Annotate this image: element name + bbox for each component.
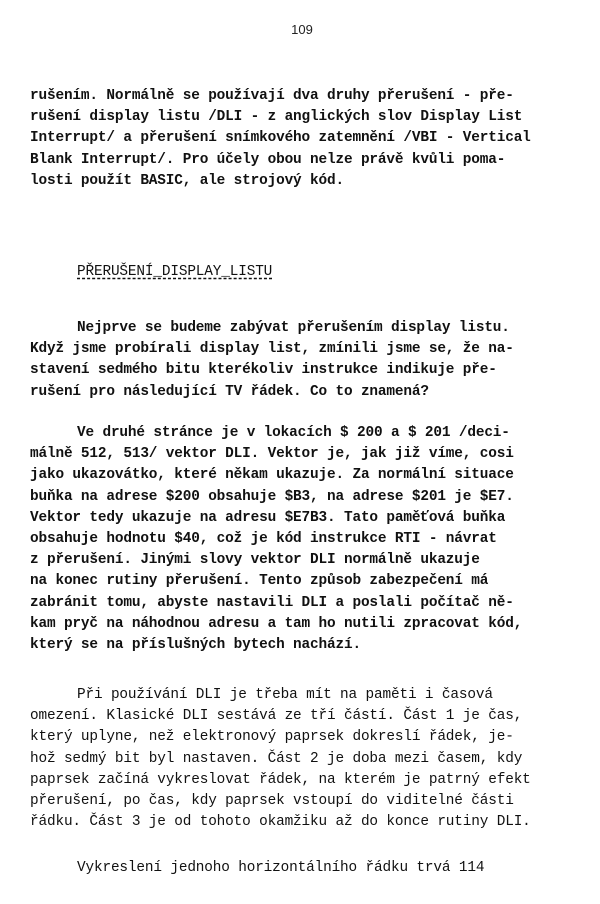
text-line: rušení display listu /DLI - z anglických… [30, 107, 590, 128]
text-line: málně 512, 513/ vektor DLI. Vektor je, j… [30, 444, 590, 465]
text-line: Blank Interrupt/. Pro účely obou nelze p… [30, 150, 590, 171]
text-line: Při používání DLI je třeba mít na paměti… [30, 685, 590, 706]
text-line: přerušení, po čas, kdy paprsek vstoupí d… [30, 791, 590, 812]
paragraph-4: Vykreslení jednoho horizontálního řádku … [30, 858, 590, 879]
page-number: 109 [0, 22, 600, 37]
text-line: Vektor tedy ukazuje na adresu $E7B3. Tat… [30, 508, 590, 529]
text-line: Když jsme probírali display list, zmínil… [30, 339, 590, 360]
text-line: omezení. Klasické DLI sestává ze tří čás… [30, 706, 590, 727]
text-line: rušení pro následující TV řádek. Co to z… [30, 382, 590, 403]
text-line: na konec rutiny přerušení. Tento způsob … [30, 571, 590, 592]
text-line: který uplyne, než elektronový paprsek do… [30, 727, 590, 748]
paragraph-3: Při používání DLI je třeba mít na paměti… [30, 685, 590, 833]
text-line: zabránit tomu, abyste nastavili DLI a po… [30, 593, 590, 614]
section-heading: PŘERUŠENÍ_DISPLAY_LISTU [77, 264, 272, 280]
paragraph-2: Ve druhé stránce je v lokacích $ 200 a $… [30, 423, 590, 656]
text-line: Nejprve se budeme zabývat přerušením dis… [30, 318, 590, 339]
text-line: kam pryč na náhodnou adresu a tam ho nut… [30, 614, 590, 635]
text-line: buňka na adrese $200 obsahuje $B3, na ad… [30, 487, 590, 508]
text-line: Vykreslení jednoho horizontálního řádku … [30, 858, 590, 879]
text-line: rušením. Normálně se používají dva druhy… [30, 86, 590, 107]
text-line: z přerušení. Jinými slovy vektor DLI nor… [30, 550, 590, 571]
text-line: paprsek začíná vykreslovat řádek, na kte… [30, 770, 590, 791]
text-line: hož sedmý bit byl nastaven. Část 2 je do… [30, 749, 590, 770]
text-line: obsahuje hodnotu $40, což je kód instruk… [30, 529, 590, 550]
text-line: stavení sedmého bitu kterékoliv instrukc… [30, 360, 590, 381]
text-line: losti použít BASIC, ale strojový kód. [30, 171, 590, 192]
text-line: řádku. Část 3 je od tohoto okamžiku až d… [30, 812, 590, 833]
text-line: jako ukazovátko, které někam ukazuje. Za… [30, 465, 590, 486]
text-line: Interrupt/ a přerušení snímkového zatemn… [30, 128, 590, 149]
paragraph-intro: rušením. Normálně se používají dva druhy… [30, 86, 590, 192]
text-line: Ve druhé stránce je v lokacích $ 200 a $… [30, 423, 590, 444]
paragraph-1: Nejprve se budeme zabývat přerušením dis… [30, 318, 590, 403]
text-line: který se na příslušných bytech nachází. [30, 635, 590, 656]
